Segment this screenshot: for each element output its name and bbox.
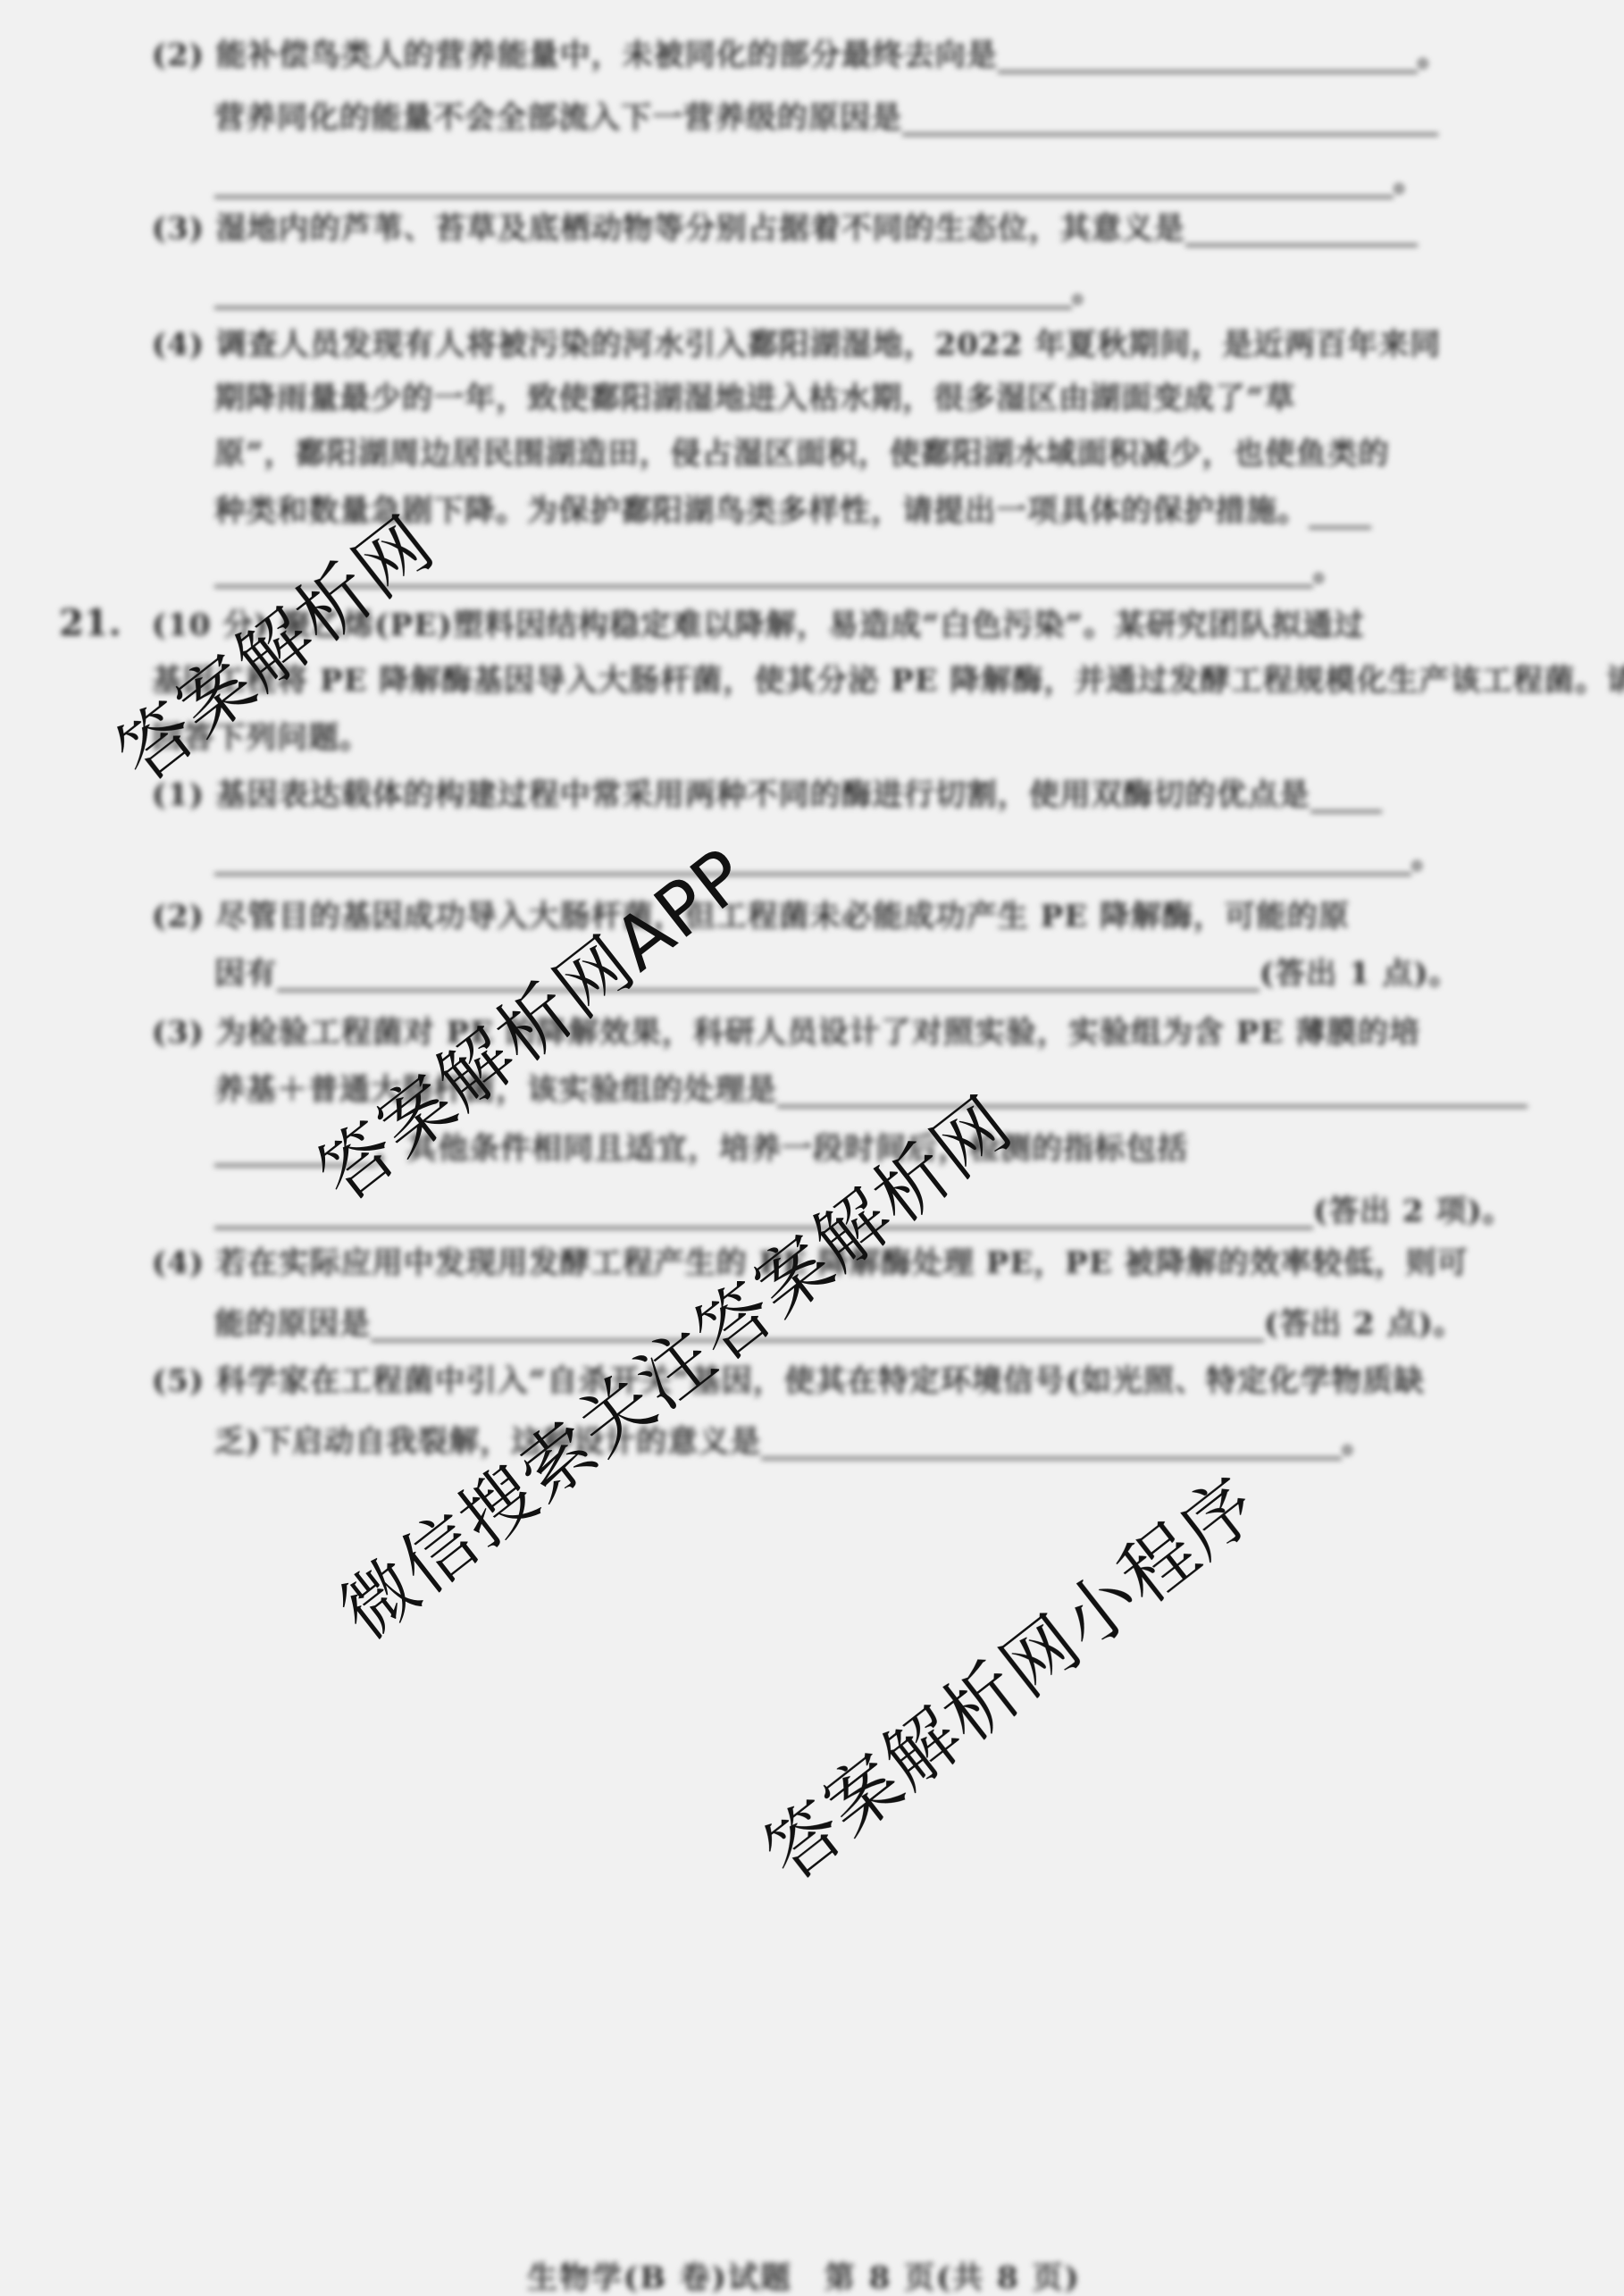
text-line: (3) 湿地内的芦苇、苔草及底栖动物等分别占据着不同的生态位，其意义是 [152,211,1418,247]
exam-page: (2) 能补偿鸟类人的营养能量中，未被同化的部分最终去向是。 营养同化的能量不会… [0,0,1624,2296]
question-number: 21. [59,602,121,644]
text-line: 。 [214,273,1103,309]
text-line: 基因工程将 PE 降解酶基因导入大肠杆菌，使其分泌 PE 降解酶，并通过发酵工程… [152,663,1624,699]
text-line: 能的原因是(答出 2 点)。 [214,1306,1465,1342]
text-line: (5) 科学家在工程菌中引入“自杀开关”基因，使其在特定环境信号(如光照、特定化… [152,1363,1425,1399]
text-line: 原”，鄱阳湖周边居民围湖造田，侵占湿区面积，使鄱阳湖水域面积减少，也使鱼类的 [214,436,1390,472]
text-line: 。 [214,163,1425,198]
answer-blank [761,1432,1342,1460]
answer-blank [902,108,1438,136]
answer-blank [214,848,1411,876]
text-line: 营养同化的能量不会全部流入下一营养级的原因是 [214,100,1438,136]
text-line: 期降雨量最少的一年，致使鄱阳湖湿地进入枯水期，很多湿区由湖面变成了“草 [214,381,1296,416]
answer-blank [277,964,1260,992]
answer-blank [1309,501,1371,529]
text-line: (1) 基因表达载体的构建过程中常采用两种不同的酶进行切割，使用双酶切的优点是 [152,777,1382,813]
text-line: (2) 能补偿鸟类人的营养能量中，未被同化的部分最终去向是。 [152,38,1449,73]
text-line: (3) 为检验工程菌对 PE 的降解效果，科研人员设计了对照实验，实验组为含 P… [152,1015,1420,1051]
text-line: 因有(答出 1 点)。 [214,956,1461,992]
answer-blank [214,281,1072,309]
answer-blank [1185,219,1418,247]
text-line: (4) 调查人员发现有人将被污染的河水引入鄱阳湖湿地，2022 年夏秋期间，是近… [152,327,1441,363]
watermark: 答案解析网小程序 [740,1448,1277,1900]
answer-blank [777,1080,1528,1108]
text-line: 。 [214,840,1443,876]
answer-blank [1310,785,1382,813]
text-line: 乏)下启动自我裂解，这种设计的意义是。 [214,1424,1373,1460]
page-footer: 生物学(B 卷)试题 第 8 页(共 8 页) [527,2253,1081,2296]
answer-blank [998,46,1418,73]
answer-blank [371,1314,1264,1342]
answer-blank [214,171,1394,198]
